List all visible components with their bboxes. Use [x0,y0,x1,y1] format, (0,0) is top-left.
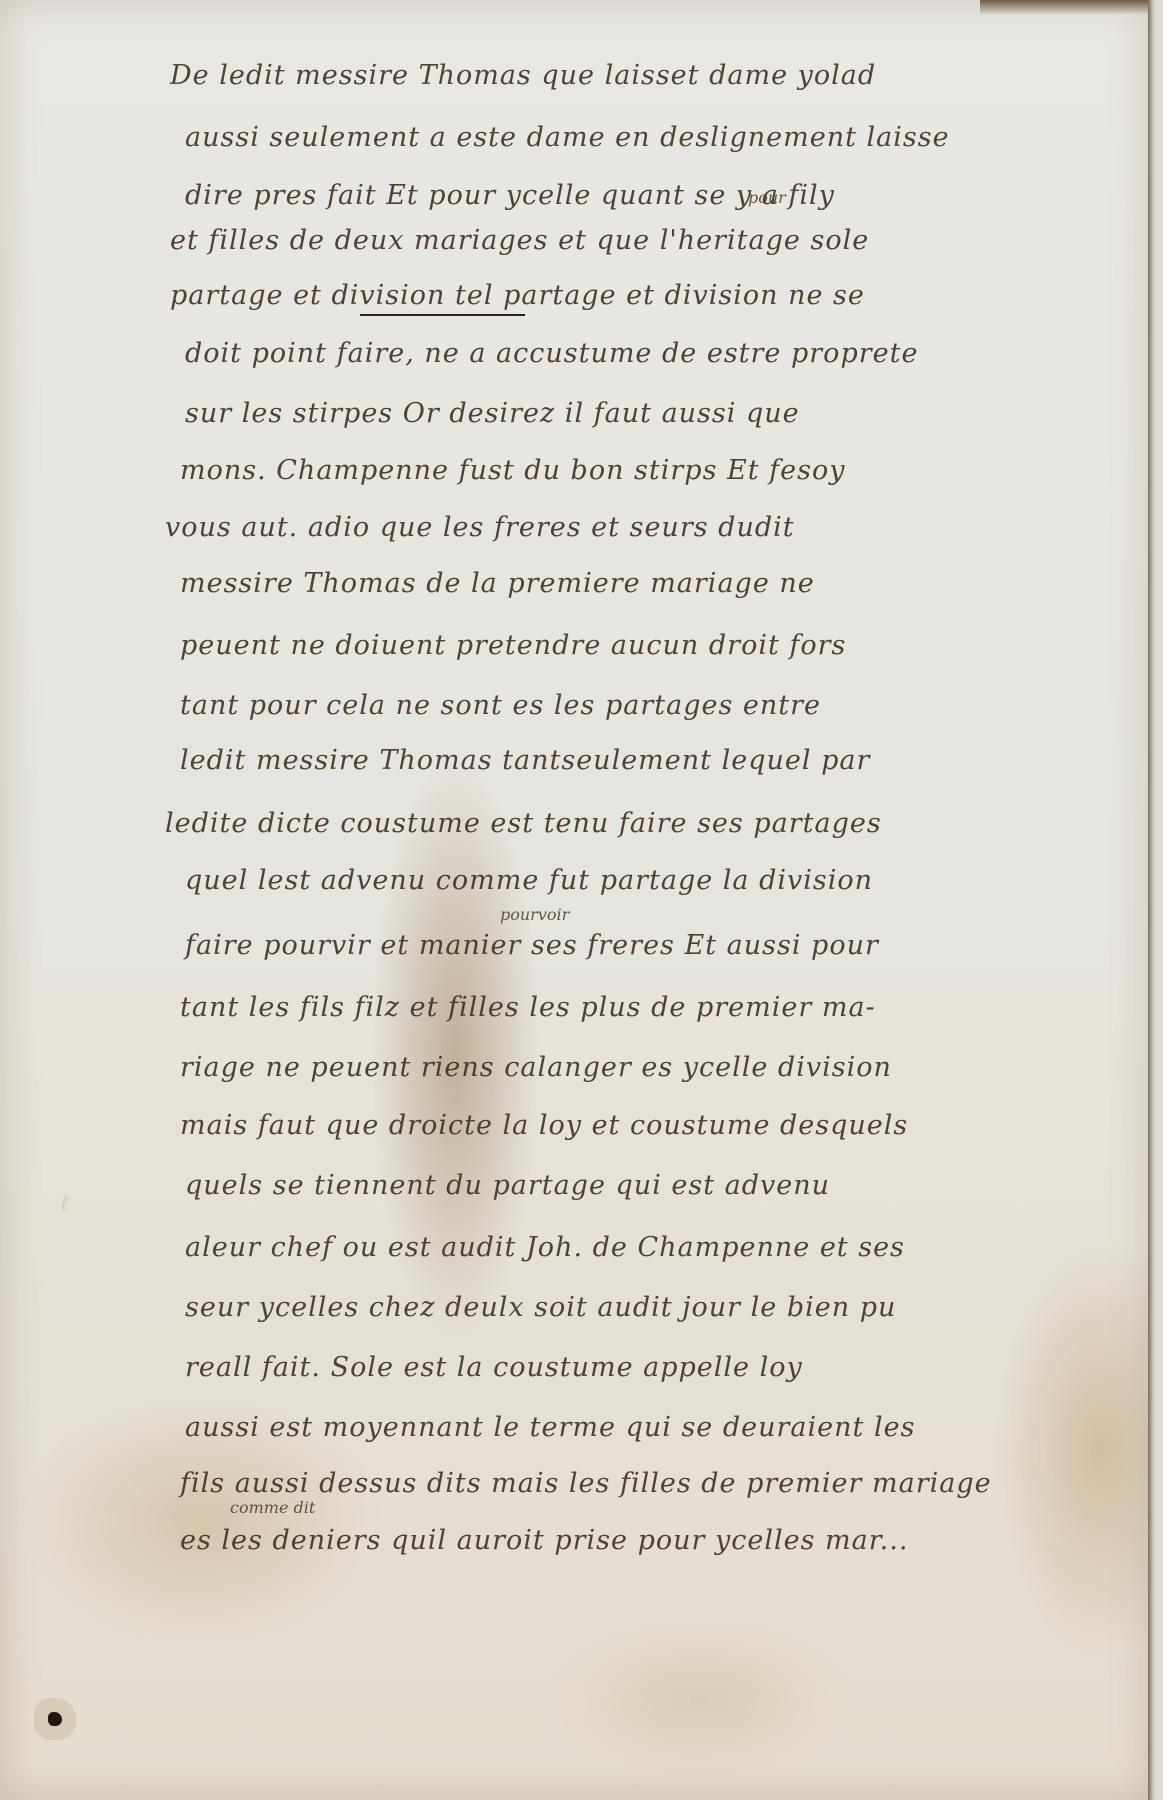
text-line-8: mons. Champenne fust du bon stirps Et fe… [180,455,846,486]
text-line-17: tant les fils filz et filles les plus de… [180,992,876,1023]
text-line-13: ledit messire Thomas tantseulement leque… [180,745,870,776]
text-line-22: seur ycelles chez deulx soit audit jour … [185,1292,896,1323]
text-line-14: ledite dicte coustume est tenu faire ses… [165,808,882,839]
text-line-16: faire pourvir et manier ses freres Et au… [185,930,879,961]
text-line-4: et filles de deux mariages et que l'heri… [170,225,869,256]
text-line-26: es les deniers quil auroit prise pour yc… [180,1525,908,1556]
text-line-15: quel lest advenu comme fut partage la di… [185,865,873,896]
interlinear-note-2: pourvoir [500,905,569,924]
text-line-25: fils aussi dessus dits mais les filles d… [180,1468,992,1499]
text-line-1: De ledit messire Thomas que laisset dame… [170,60,876,91]
interlinear-note-1: pour [748,188,786,207]
text-line-24: aussi est moyennant le terme qui se deur… [185,1412,915,1443]
text-line-12: tant pour cela ne sont es les partages e… [180,690,821,721]
text-line-3: dire pres fait Et pour ycelle quant se y… [185,180,835,211]
text-line-21: aleur chef ou est audit Joh. de Champenn… [185,1232,905,1263]
text-line-23: reall fait. Sole est la coustume appelle… [185,1352,803,1383]
text-line-19: mais faut que droicte la loy et coustume… [180,1110,908,1141]
underline-mark [360,314,525,316]
ink-blot-mark [48,1712,62,1726]
text-line-18: riage ne peuent riens calanger es ycelle… [180,1052,892,1083]
binding-fold [1148,0,1163,1800]
text-line-11: peuent ne doiuent pretendre aucun droit … [180,630,846,661]
text-line-9: vous aut. adio que les freres et seurs d… [165,512,795,543]
text-line-7: sur les stirpes Or desirez il faut aussi… [185,398,800,429]
text-line-2: aussi seulement a este dame en deslignem… [185,122,950,153]
text-line-6: doit point faire, ne a accustume de estr… [185,338,918,369]
text-line-10: messire Thomas de la premiere mariage ne [180,568,815,599]
text-line-20: quels se tiennent du partage qui est adv… [185,1170,830,1201]
manuscript-text-block: De ledit messire Thomas que laisset dame… [0,0,1150,1800]
text-line-5-content: partage et division tel partage et divis… [170,280,865,311]
text-line-5: partage et division tel partage et divis… [170,280,865,311]
interlinear-note-3: comme dit [230,1498,315,1517]
